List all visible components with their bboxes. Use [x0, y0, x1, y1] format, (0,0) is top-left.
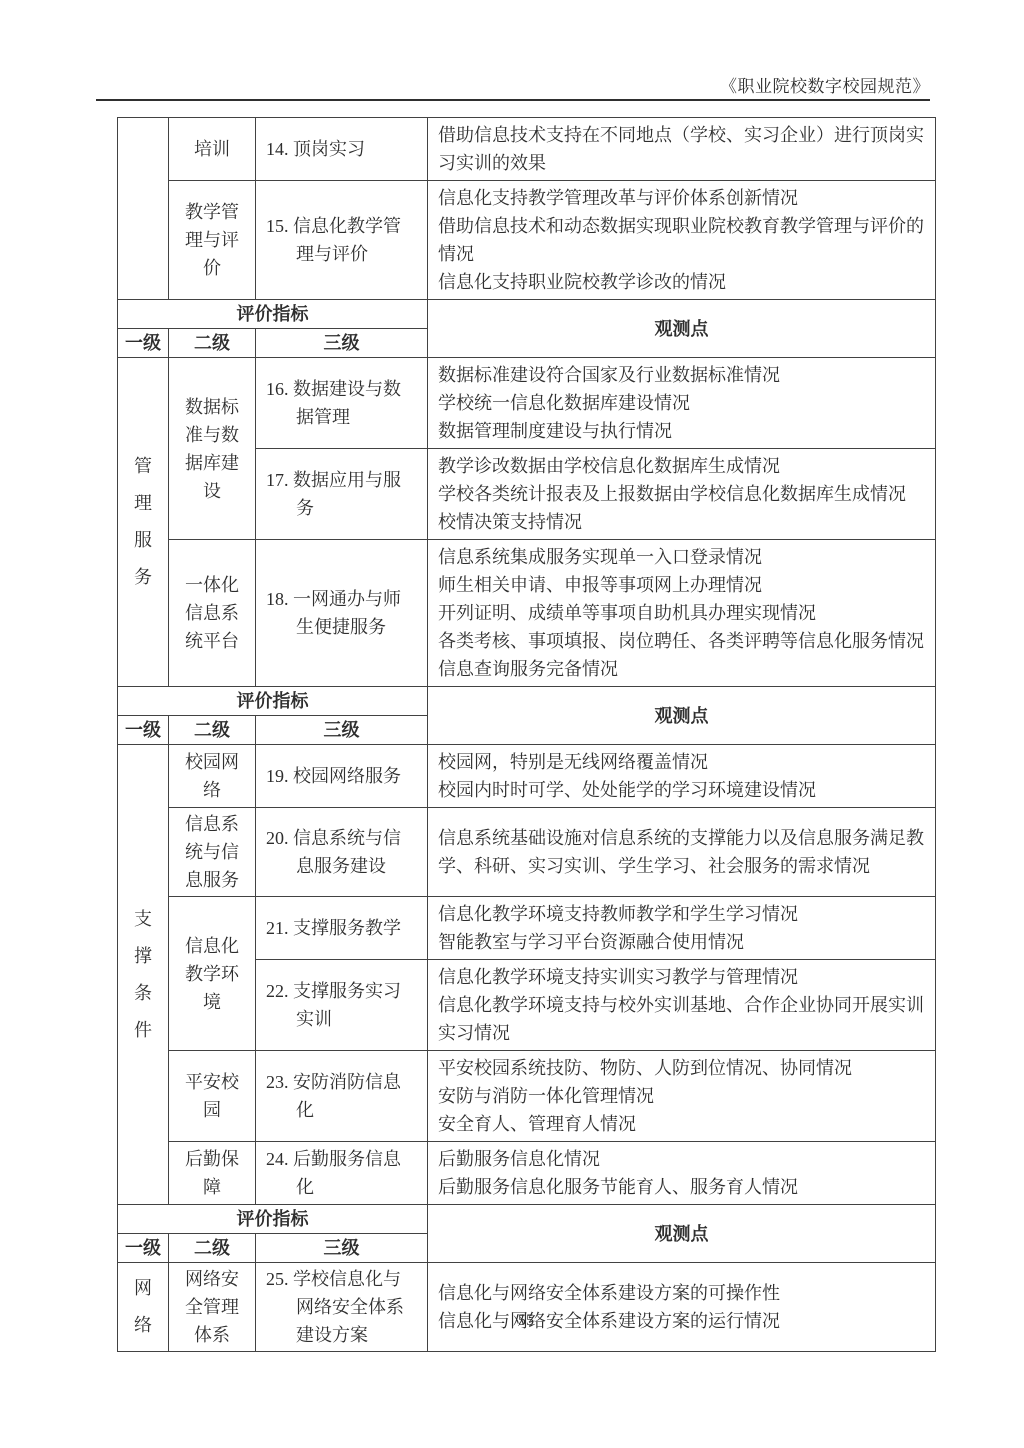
cell-level2: 校园网络: [169, 745, 256, 808]
header-observation-points: 观测点: [428, 687, 936, 745]
evaluation-table: 培训 14. 顶岗实习 借助信息技术支持在不同地点（学校、实习企业）进行顶岗实习…: [117, 117, 936, 1352]
level3-text: 14. 顶岗实习: [266, 135, 409, 163]
cell-level3: 23. 安防消防信息化: [256, 1051, 428, 1142]
level3-text: 19. 校园网络服务: [266, 762, 409, 790]
header-eval-indicators: 评价指标: [118, 687, 428, 716]
level3-text: 16. 数据建设与数据管理: [266, 375, 409, 431]
table-row: 网 络 网络安全管理体系 25. 学校信息化与网络安全体系建设方案 信息化与网络…: [118, 1263, 936, 1352]
cell-level3: 14. 顶岗实习: [256, 118, 428, 181]
cell-observation: 信息化教学环境支持教师教学和学生学习情况 智能教室与学习平台资源融合使用情况: [428, 897, 936, 960]
header-level3: 三级: [256, 716, 428, 745]
header-rule: [96, 99, 930, 101]
table-header-row: 评价指标 观测点: [118, 687, 936, 716]
header-level2: 二级: [169, 329, 256, 358]
cell-level3: 25. 学校信息化与网络安全体系建设方案: [256, 1263, 428, 1352]
header-level2: 二级: [169, 716, 256, 745]
cell-level1: 管 理 服 务: [118, 358, 169, 687]
cell-level3: 22. 支撑服务实习实训: [256, 960, 428, 1051]
cell-level2: 数据标准与数据库建设: [169, 358, 256, 540]
level3-text: 15. 信息化教学管理与评价: [266, 212, 409, 268]
table-row: 信息系统与信息服务 20. 信息系统与信息服务建设 信息系统基础设施对信息系统的…: [118, 808, 936, 897]
level3-text: 24. 后勤服务信息化: [266, 1145, 409, 1201]
header-level1: 一级: [118, 329, 169, 358]
header-level1: 一级: [118, 716, 169, 745]
page-number: 55: [117, 1312, 935, 1330]
table-row: 管 理 服 务 数据标准与数据库建设 16. 数据建设与数据管理 数据标准建设符…: [118, 358, 936, 449]
cell-observation: 信息化支持教学管理改革与评价体系创新情况 借助信息技术和动态数据实现职业院校教育…: [428, 181, 936, 300]
level3-text: 18. 一网通办与师生便捷服务: [266, 585, 409, 641]
cell-level3: 19. 校园网络服务: [256, 745, 428, 808]
header-level1: 一级: [118, 1234, 169, 1263]
header-observation-points: 观测点: [428, 300, 936, 358]
level3-text: 23. 安防消防信息化: [266, 1068, 409, 1124]
cell-observation: 校园网，特别是无线网络覆盖情况 校园内时时可学、处处能学的学习环境建设情况: [428, 745, 936, 808]
cell-level1: 网 络: [118, 1263, 169, 1352]
cell-observation: 信息化与网络安全体系建设方案的可操作性 信息化与网络安全体系建设方案的运行情况: [428, 1263, 936, 1352]
level3-text: 17. 数据应用与服务: [266, 466, 409, 522]
cell-level3: 24. 后勤服务信息化: [256, 1142, 428, 1205]
cell-level2: 信息化教学环境: [169, 897, 256, 1051]
cell-level2: 后勤保障: [169, 1142, 256, 1205]
table-header-row: 评价指标 观测点: [118, 1205, 936, 1234]
cell-observation: 信息化教学环境支持实训实习教学与管理情况 信息化教学环境支持与校外实训基地、合作…: [428, 960, 936, 1051]
header-eval-indicators: 评价指标: [118, 300, 428, 329]
cell-observation: 信息系统集成服务实现单一入口登录情况 师生相关申请、申报等事项网上办理情况 开列…: [428, 540, 936, 687]
table-header-row: 评价指标 观测点: [118, 300, 936, 329]
cell-level3: 21. 支撑服务教学: [256, 897, 428, 960]
cell-observation: 平安校园系统技防、物防、人防到位情况、协同情况 安防与消防一体化管理情况 安全育…: [428, 1051, 936, 1142]
table-row: 培训 14. 顶岗实习 借助信息技术支持在不同地点（学校、实习企业）进行顶岗实习…: [118, 118, 936, 181]
cell-level1: 支 撑 条 件: [118, 745, 169, 1205]
header-eval-indicators: 评价指标: [118, 1205, 428, 1234]
table-row: 一体化信息系统平台 18. 一网通办与师生便捷服务 信息系统集成服务实现单一入口…: [118, 540, 936, 687]
level3-text: 20. 信息系统与信息服务建设: [266, 824, 409, 880]
header-level2: 二级: [169, 1234, 256, 1263]
cell-level2: 一体化信息系统平台: [169, 540, 256, 687]
cell-level2: 教学管理与评价: [169, 181, 256, 300]
document-title: 《职业院校数字校园规范》: [720, 72, 930, 97]
cell-observation: 教学诊改数据由学校信息化数据库生成情况 学校各类统计报表及上报数据由学校信息化数…: [428, 449, 936, 540]
cell-level2: 网络安全管理体系: [169, 1263, 256, 1352]
table-row: 平安校园 23. 安防消防信息化 平安校园系统技防、物防、人防到位情况、协同情况…: [118, 1051, 936, 1142]
document-page: 《职业院校数字校园规范》 培训 14. 顶岗实习 借助信息技术支持在不同地点（学…: [0, 0, 1024, 1448]
table-row: 教学管理与评价 15. 信息化教学管理与评价 信息化支持教学管理改革与评价体系创…: [118, 181, 936, 300]
level3-text: 25. 学校信息化与网络安全体系建设方案: [266, 1265, 409, 1349]
header-observation-points: 观测点: [428, 1205, 936, 1263]
cell-level3: 20. 信息系统与信息服务建设: [256, 808, 428, 897]
cell-level2: 平安校园: [169, 1051, 256, 1142]
cell-level2: 信息系统与信息服务: [169, 808, 256, 897]
cell-observation: 后勤服务信息化情况 后勤服务信息化服务节能育人、服务育人情况: [428, 1142, 936, 1205]
table-row: 后勤保障 24. 后勤服务信息化 后勤服务信息化情况 后勤服务信息化服务节能育人…: [118, 1142, 936, 1205]
cell-level3: 17. 数据应用与服务: [256, 449, 428, 540]
cell-level3: 16. 数据建设与数据管理: [256, 358, 428, 449]
cell-level3: 18. 一网通办与师生便捷服务: [256, 540, 428, 687]
cell-observation: 信息系统基础设施对信息系统的支撑能力以及信息服务满足教学、科研、实习实训、学生学…: [428, 808, 936, 897]
cell-level1: [118, 118, 169, 300]
cell-level3: 15. 信息化教学管理与评价: [256, 181, 428, 300]
cell-observation: 数据标准建设符合国家及行业数据标准情况 学校统一信息化数据库建设情况 数据管理制…: [428, 358, 936, 449]
table-row: 支 撑 条 件 校园网络 19. 校园网络服务 校园网，特别是无线网络覆盖情况 …: [118, 745, 936, 808]
level3-text: 21. 支撑服务教学: [266, 914, 409, 942]
level3-text: 22. 支撑服务实习实训: [266, 977, 409, 1033]
cell-level2: 培训: [169, 118, 256, 181]
cell-observation: 借助信息技术支持在不同地点（学校、实习企业）进行顶岗实习实训的效果: [428, 118, 936, 181]
table-row: 信息化教学环境 21. 支撑服务教学 信息化教学环境支持教师教学和学生学习情况 …: [118, 897, 936, 960]
header-level3: 三级: [256, 329, 428, 358]
header-level3: 三级: [256, 1234, 428, 1263]
